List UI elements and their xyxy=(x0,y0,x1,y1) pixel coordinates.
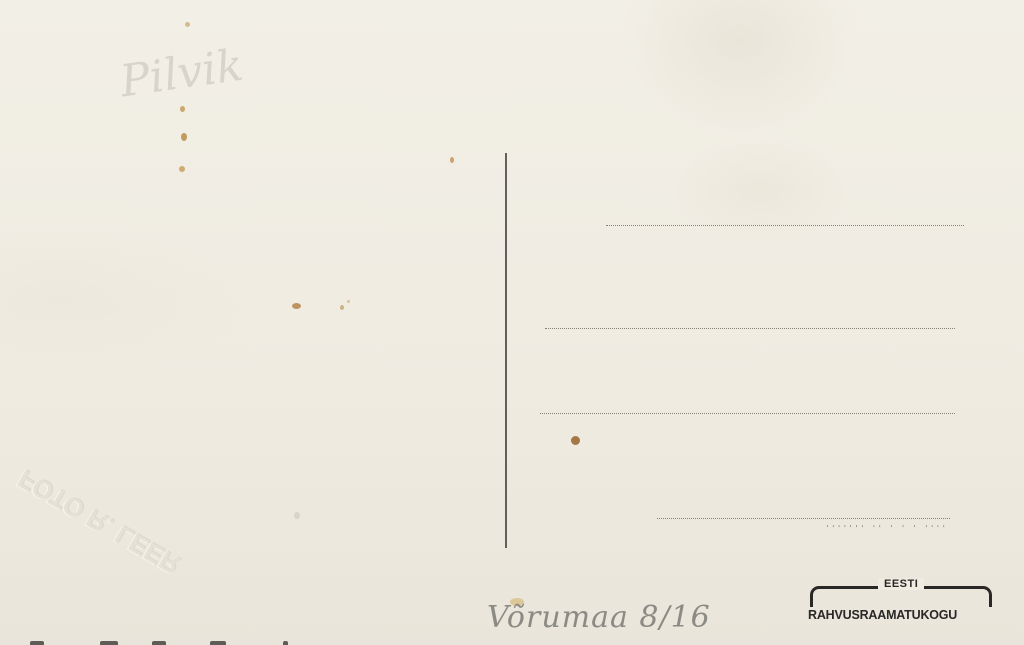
foxing-stain xyxy=(179,166,185,172)
bottom-mark xyxy=(100,641,118,645)
stamp-bottom-text: RAHVUSRAAMATUKOGU xyxy=(808,608,957,622)
foxing-stain xyxy=(294,512,300,519)
foxing-stain xyxy=(185,22,190,27)
address-line-2 xyxy=(545,328,955,329)
foxing-stain xyxy=(181,133,187,141)
library-ownership-stamp: EESTI RAHVUSRAAMATUKOGU xyxy=(808,578,992,628)
postcard-back: Pilvik FOTO R. LEER ''''''' '' ' ' ' '''… xyxy=(0,0,1024,645)
address-line-1 xyxy=(606,225,964,226)
embossed-photographer-mark: FOTO R. LEER xyxy=(13,464,157,563)
foxing-stain xyxy=(180,106,185,112)
address-line-4 xyxy=(657,518,950,519)
bottom-mark xyxy=(283,641,288,645)
stamp-top-text: EESTI xyxy=(878,578,924,590)
ink-specks: ''''''' '' ' ' ' '''' xyxy=(825,524,947,533)
bottom-mark xyxy=(152,641,166,645)
foxing-stain xyxy=(347,300,350,303)
foxing-stain xyxy=(571,436,580,445)
postcard-divider-line xyxy=(505,153,507,548)
foxing-stain xyxy=(340,305,344,310)
bottom-edge-marks xyxy=(0,640,1024,645)
pencil-archive-note: Võrumaa 8/16 xyxy=(487,600,711,635)
bottom-mark xyxy=(30,641,44,645)
address-line-3 xyxy=(540,413,955,414)
foxing-stain xyxy=(292,303,301,309)
bottom-mark xyxy=(210,641,226,645)
foxing-stain xyxy=(450,157,454,163)
faint-pencil-signature: Pilvik xyxy=(117,40,246,108)
